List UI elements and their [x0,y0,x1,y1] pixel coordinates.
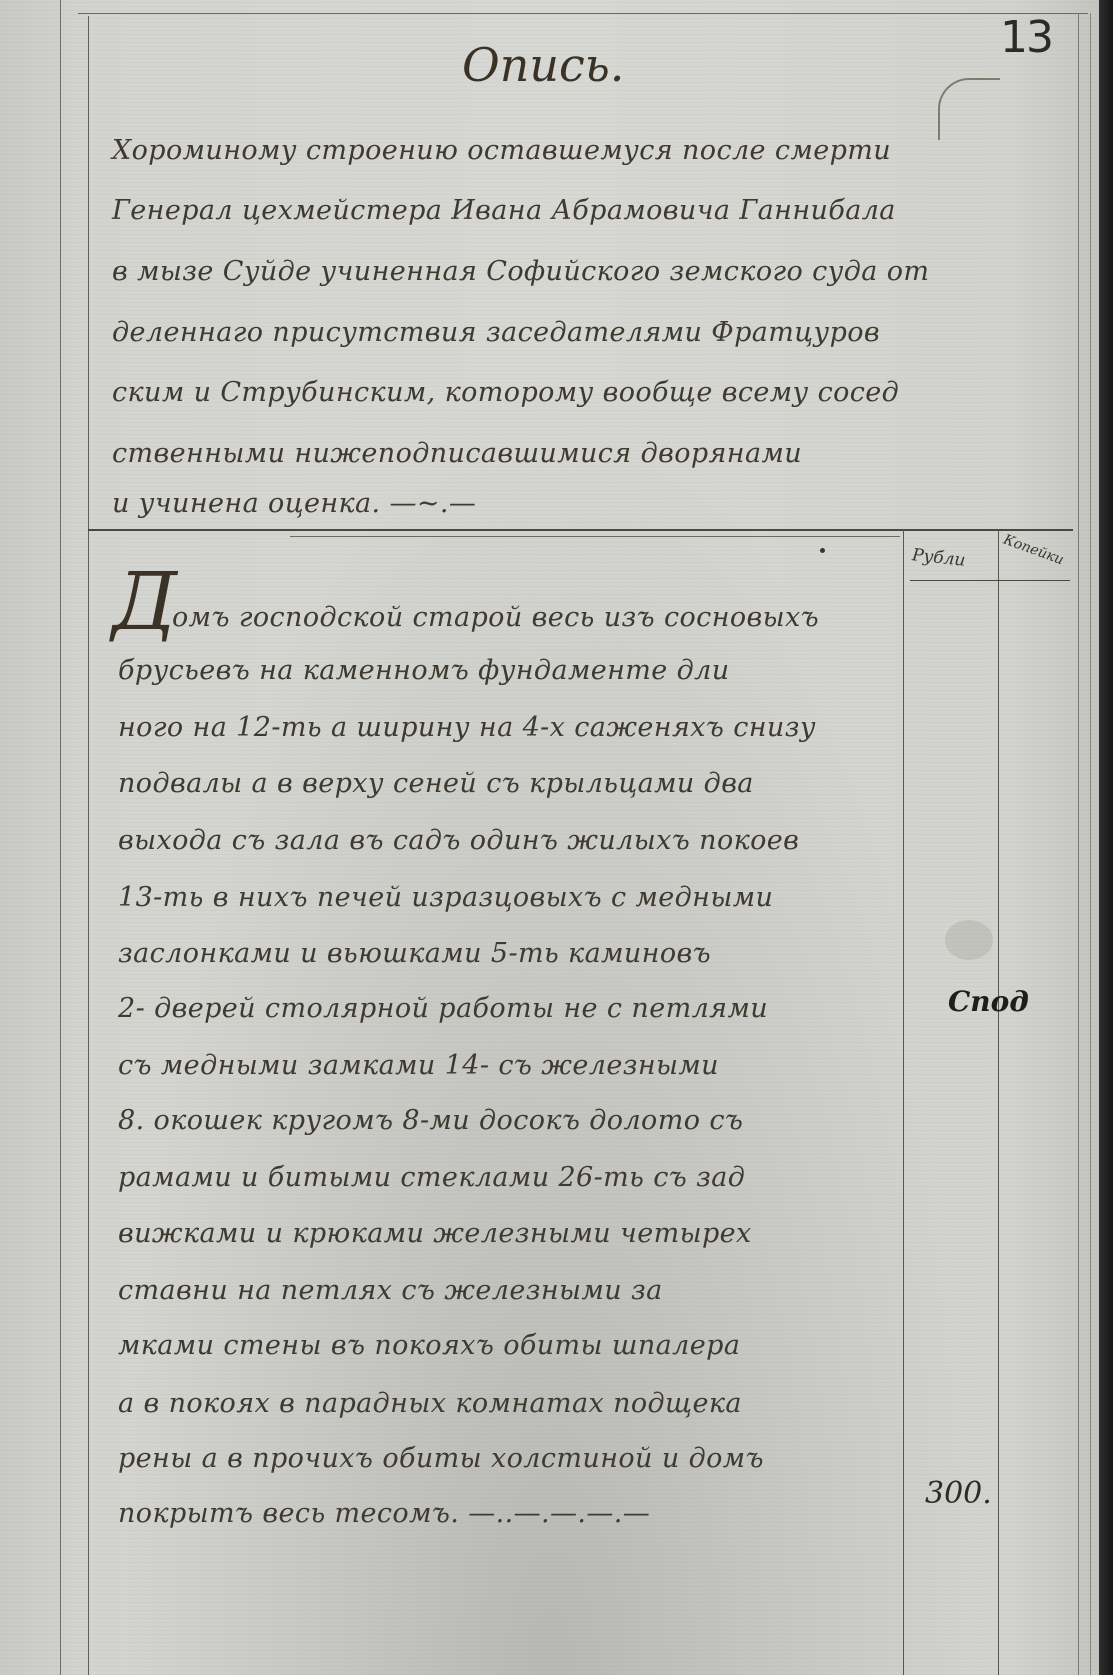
header-line: Хороминому строению оставшемуся после см… [112,135,891,166]
page-number: 13 [1000,12,1052,63]
entry-line: 8. окошек кругомъ 8-ми досокъ долото съ [118,1105,743,1136]
entry-line: выхода съ зала въ садъ одинъ жилыхъ поко… [118,825,799,856]
rubles-amount: 300. [925,1476,992,1511]
document-title: Опись. [462,38,624,92]
entry-line: омъ господской старой весь изъ сосновыхъ [172,602,819,633]
page-fold-line [60,0,61,1675]
header-line: и учинена оценка. —~.— [112,488,476,519]
entry-line: 13-ть в нихъ печей изразцовыхъ с медными [118,882,773,913]
entry-line: 2- дверей столярной работы не с петлями [118,993,768,1024]
table-top-rule [88,529,1073,531]
entry-line: съ медными замками 14- съ железными [118,1050,719,1081]
rubles-column-rule [903,529,904,1675]
column-header-underline [910,580,1070,581]
column-header-rubles: Рубли [911,545,966,570]
ink-spot [820,548,825,553]
right-margin-rule-inner [1090,13,1091,1675]
kopecks-column-rule [998,529,999,1675]
table-top-rule-secondary [290,536,900,537]
entry-line: мками стены въ покояхъ обиты шпалера [118,1330,740,1361]
entry-line: ставни на петлях съ железными за [118,1275,663,1306]
header-line: ским и Струбинским, которому вообще всем… [112,377,899,408]
entry-line: подвалы а в верху сеней съ крыльцами два [118,768,754,799]
entry-line: брусьевъ на каменномъ фундаменте дли [118,655,730,686]
left-margin-rule [88,16,89,1675]
page-edge-shadow [1099,0,1113,1675]
top-margin-rule [78,13,1088,14]
entry-line: а в покоях в парадных комнатах подщека [118,1388,742,1419]
header-line: Генерал цехмейстера Ивана Абрамовича Ган… [112,195,896,226]
manuscript-page: 13 Опись. Хороминому строению оставшемус… [0,0,1100,1675]
column-header-kopecks: Копейки [1001,532,1066,569]
header-line: ственными нижеподписавшимися дворянами [112,438,802,469]
margin-note: Спод [948,985,1029,1018]
ink-smudge [945,920,993,960]
header-line: деленнаго присутствия заседателями Фратц… [112,317,880,348]
entry-line: рены а в прочихъ обиты холстиной и домъ [118,1443,764,1474]
entry-line: ного на 12-ть а ширину на 4-х саженяхъ с… [118,712,816,743]
entry-line: покрытъ весь тесомъ. —..—.—.—.— [118,1498,650,1529]
flourish-ornament [938,78,1000,140]
header-line: в мызе Суйде учиненная Софийского земско… [112,256,929,287]
entry-line: заслонками и вьюшками 5-ть каминовъ [118,938,711,969]
right-margin-rule [1078,13,1079,1675]
drop-cap: Д [112,562,177,642]
entry-line: рамами и битыми стеклами 26-ть съ зад [118,1162,745,1193]
entry-line: вижками и крюками железными четырех [118,1218,752,1249]
